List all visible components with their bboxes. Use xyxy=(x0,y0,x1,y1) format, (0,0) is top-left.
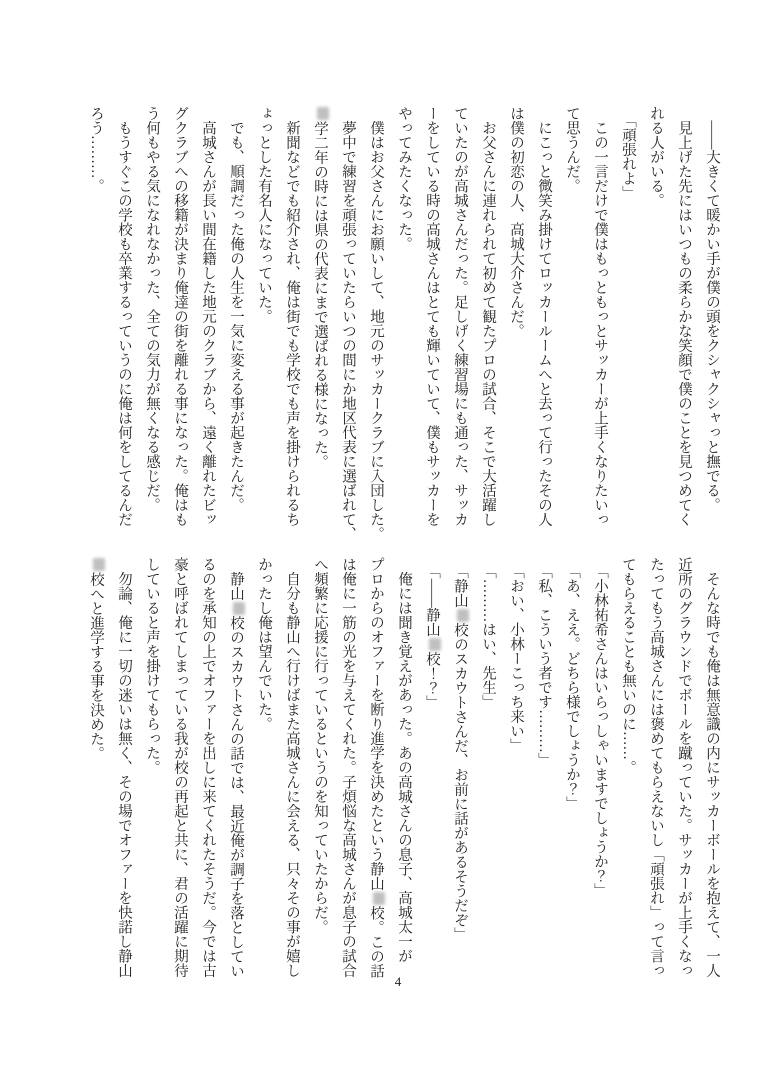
top-text-block: ――大きくて暖かい手が僕の頭をクシャクシャっと撫でる。 見上げた先にはいつもの柔… xyxy=(82,106,726,551)
page-number: 4 xyxy=(28,974,767,990)
text-column: ろう………。 xyxy=(82,106,110,551)
text-column: 俺には聞き覚えがあった。あの高城さんの息子、高城太一が xyxy=(390,557,418,1002)
text-column: 校へと進学する事を決めた。 xyxy=(82,557,110,1002)
text-column: 僕はお父さんにお願いして、地元のサッカークラブに入団した。 xyxy=(362,106,390,551)
text-column: 「静山校のスカウトさんだ、お前に話があるそうだぞ」 xyxy=(446,557,474,1002)
text-column: やってみたくなった。 xyxy=(390,106,418,551)
text-column: 新聞などでも紹介され、俺は街でも学校でも声を掛けられるち xyxy=(278,106,306,551)
text-column: 学二年の時には県の代表にまで選ばれる様になった。 xyxy=(306,106,334,551)
text-column: にこっと微笑み掛けてロッカールームへと去って行ったその人 xyxy=(530,106,558,551)
text-column: てもらえることも無いのに……。 xyxy=(614,557,642,1002)
censored-text xyxy=(317,107,329,120)
text-column: 見上げた先にはいつもの柔らかな笑顔で僕のことを見つめてく xyxy=(670,106,698,551)
text-column: 「私、こういう者です………」 xyxy=(530,557,558,1002)
text-column: 「………はい、先生」 xyxy=(474,557,502,1002)
text-column: は俺に一筋の光を与えてくれた。子煩悩な高城さんが息子の試合 xyxy=(334,557,362,1002)
text-column: お父さんに連れられて初めて観たプロの試合、そこで大活躍し xyxy=(474,106,502,551)
text-column: していると声を掛けてもらった。 xyxy=(138,557,166,1002)
text-column: グクラブへの移籍が決まり俺達の街を離れる事になった。俺はも xyxy=(166,106,194,551)
text-column: 高城さんが長い間在籍した地元のクラブから、遠く離れたビッ xyxy=(194,106,222,551)
text-column: ょっとした有名人になっていた。 xyxy=(250,106,278,551)
text-column: そんな時でも俺は無意識の内にサッカーボールを抱えて、一人 xyxy=(698,557,726,1002)
text-column: 自分も静山へ行けばまた高城さんに会える、只々その事が嬉し xyxy=(278,557,306,1002)
text-column: ていたのが高城さんだった。足しげく練習場にも通った、サッカ xyxy=(446,106,474,551)
text-column: 「――静山校！？」 xyxy=(418,557,446,1002)
bottom-text-block: そんな時でも俺は無意識の内にサッカーボールを抱えて、一人近所のグラウンドでボール… xyxy=(82,557,726,1002)
text-column: プロからのオファーを断り進学を決めたという静山校。この話 xyxy=(362,557,390,1002)
text-column: ーをしている時の高城さんはとても輝いていて、僕もサッカーを xyxy=(418,106,446,551)
text-column: 「頑張れよ」 xyxy=(614,106,642,551)
censored-text xyxy=(233,602,245,615)
text-column: 「あ、ええ。どちら様でしょうか？」 xyxy=(558,557,586,1002)
text-column: ――大きくて暖かい手が僕の頭をクシャクシャっと撫でる。 xyxy=(698,106,726,551)
novel-page: ――大きくて暖かい手が僕の頭をクシャクシャっと撫でる。 見上げた先にはいつもの柔… xyxy=(0,0,767,1087)
censored-text xyxy=(429,638,441,651)
text-column: れる人がいる。 xyxy=(642,106,670,551)
censored-text xyxy=(373,892,385,905)
text-column: は僕の初恋の人、高城大介さんだ。 xyxy=(502,106,530,551)
text-column: もうすぐこの学校も卒業するっていうのに俺は何をしてるんだ xyxy=(110,106,138,551)
text-column: 「小林祐希さんはいらっしゃいますでしょうか？」 xyxy=(586,557,614,1002)
text-column: 豪と呼ばれてしまっている我が校の再起と共に、君の活躍に期待 xyxy=(166,557,194,1002)
text-column: 近所のグラウンドでボールを蹴っていた。サッカーが上手くなっ xyxy=(670,557,698,1002)
text-column: でも、順調だった俺の人生を一気に変える事が起きたんだ。 xyxy=(222,106,250,551)
text-column: 「おい、小林ーこっち来い」 xyxy=(502,557,530,1002)
text-column: たってもう高城さんには褒めてもらえないし「頑張れ」って言っ xyxy=(642,557,670,1002)
text-column: 勿論、俺に一切の迷いは無く、その場でオファーを快諾し静山 xyxy=(110,557,138,1002)
text-column: て思うんだ。 xyxy=(558,106,586,551)
text-column: う何もやる気になれなかった、全ての気力が無くなる感じだ。 xyxy=(138,106,166,551)
text-column: この一言だけで僕はもっともっとサッカーが上手くなりたいっ xyxy=(586,106,614,551)
text-column: るのを承知の上でオファーを出しに来てくれたそうだ。今では古 xyxy=(194,557,222,1002)
censored-text xyxy=(93,558,105,571)
text-column: かったし俺は望んでいた。 xyxy=(250,557,278,1002)
text-column: 夢中で練習を頑張っていたらいつの間にか地区代表に選ばれて、 xyxy=(334,106,362,551)
text-column: へ頻繁に応援に行っているというのを知っていたからだ。 xyxy=(306,557,334,1002)
text-column: 静山校のスカウトさんの話では、最近俺が調子を落としてい xyxy=(222,557,250,1002)
censored-text xyxy=(457,609,469,622)
